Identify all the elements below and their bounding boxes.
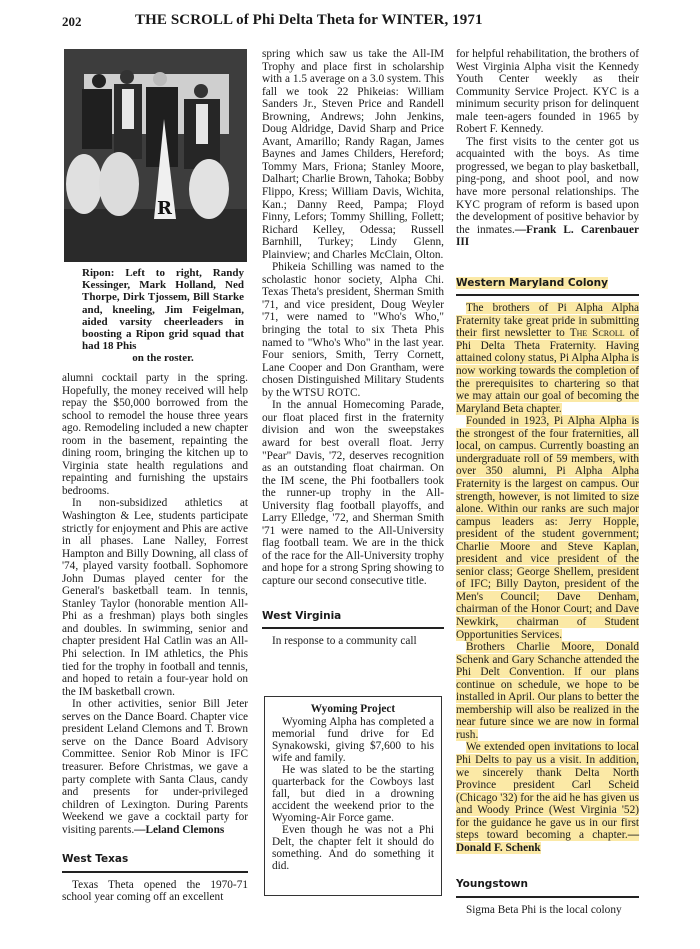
paragraph: spring which saw us take the All-IM Trop… bbox=[262, 48, 444, 261]
paragraph: In other activities, senior Bill Jeter s… bbox=[62, 698, 248, 836]
section-rule bbox=[262, 627, 444, 629]
paragraph: alumni cocktail party in the spring. Hop… bbox=[62, 372, 248, 497]
ripon-photo: R bbox=[64, 49, 247, 262]
paragraph: We extended open invitations to local Ph… bbox=[456, 741, 639, 854]
paragraph: The first visits to the center got us ac… bbox=[456, 136, 639, 249]
highlighted-text: The brothers of Pi Alpha Alpha Fraternit… bbox=[456, 302, 639, 414]
section-rule bbox=[62, 871, 248, 873]
paragraph: Even though he was not a Phi Delt, the c… bbox=[272, 824, 434, 872]
cheerleaders-photo-image: R bbox=[64, 49, 247, 262]
paragraph: In the annual Homecoming Parade, our flo… bbox=[262, 399, 444, 587]
paragraph: for helpful rehabilitation, the brothers… bbox=[456, 48, 639, 136]
running-title: THE SCROLL of Phi Delta Theta for WINTER… bbox=[135, 12, 483, 29]
highlighted-text: We extended open invitations to local Ph… bbox=[456, 741, 639, 853]
paragraph-text: The first visits to the center got us ac… bbox=[456, 136, 639, 236]
paragraph-text: In other activities, senior Bill Jeter s… bbox=[62, 698, 248, 835]
svg-text:R: R bbox=[157, 198, 173, 219]
heading-text: Western Maryland Colony bbox=[456, 277, 608, 289]
paragraph: In non-subsidized athletics at Washingto… bbox=[62, 497, 248, 698]
paragraph: Wyoming Alpha has completed a memorial f… bbox=[272, 716, 434, 764]
box-title: Wyoming Project bbox=[272, 703, 434, 715]
photo-caption: Ripon: Left to right, Randy Kessinger, M… bbox=[82, 267, 244, 365]
highlighted-text: Brothers Charlie Moore, Donald Schenk an… bbox=[456, 641, 639, 741]
section-heading-west-texas: West Texas bbox=[62, 853, 248, 866]
page-number: 202 bbox=[62, 14, 82, 30]
section-rule bbox=[456, 896, 639, 898]
caption-last-line: on the roster. bbox=[82, 352, 244, 364]
scroll-title: The Scroll bbox=[570, 327, 625, 339]
paragraph: Sigma Beta Phi is the local colony bbox=[456, 904, 639, 917]
paragraph: Founded in 1923, Pi Alpha Alpha is the s… bbox=[456, 415, 639, 641]
paragraph: In response to a community call bbox=[262, 635, 444, 648]
section-heading-western-maryland: Western Maryland Colony bbox=[456, 277, 639, 290]
text: of Phi Delta Theta Fraternity. Having at… bbox=[456, 327, 639, 414]
column-1: alumni cocktail party in the spring. Hop… bbox=[62, 372, 248, 904]
section-heading-west-virginia: West Virginia bbox=[262, 610, 444, 623]
caption-text: Ripon: Left to right, Randy Kessinger, M… bbox=[82, 267, 244, 352]
paragraph: He was slated to be the starting quarter… bbox=[272, 764, 434, 824]
section-rule bbox=[456, 294, 639, 296]
highlighted-text: Founded in 1923, Pi Alpha Alpha is the s… bbox=[456, 415, 639, 640]
text: We extended open invitations to local Ph… bbox=[456, 741, 639, 841]
wyoming-project-box: Wyoming Project Wyoming Alpha has comple… bbox=[264, 696, 442, 896]
section-heading-youngstown: Youngstown bbox=[456, 878, 639, 891]
column-2: spring which saw us take the All-IM Trop… bbox=[262, 48, 444, 648]
paragraph: Brothers Charlie Moore, Donald Schenk an… bbox=[456, 641, 639, 741]
column-3: for helpful rehabilitation, the brothers… bbox=[456, 48, 639, 916]
paragraph: Phikeia Schilling was named to the schol… bbox=[262, 261, 444, 399]
paragraph: Texas Theta opened the 1970-71 school ye… bbox=[62, 879, 248, 904]
signature: —Leland Clemons bbox=[134, 824, 224, 836]
paragraph: The brothers of Pi Alpha Alpha Fraternit… bbox=[456, 302, 639, 415]
